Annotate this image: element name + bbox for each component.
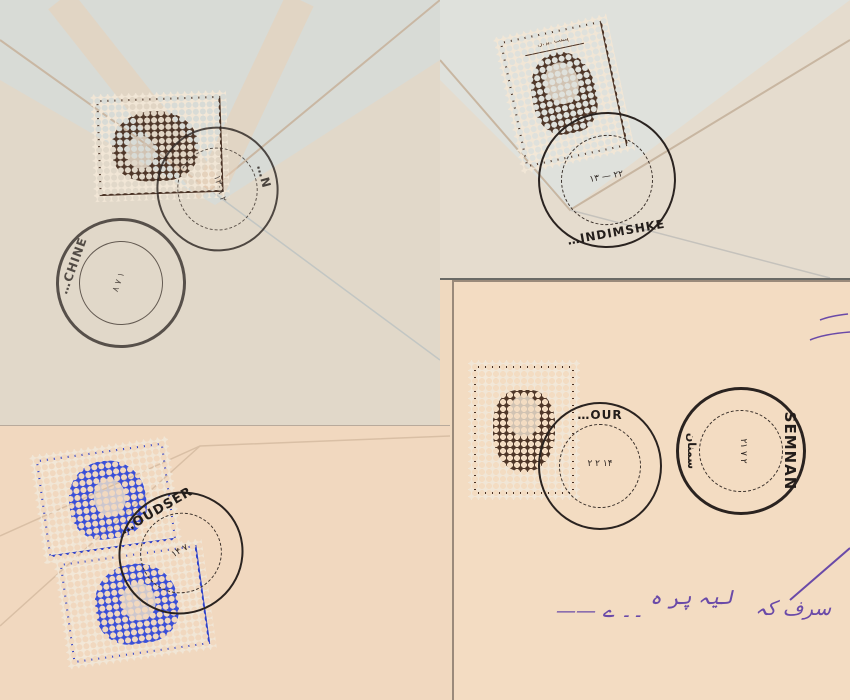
handwriting-strokes xyxy=(0,0,850,700)
